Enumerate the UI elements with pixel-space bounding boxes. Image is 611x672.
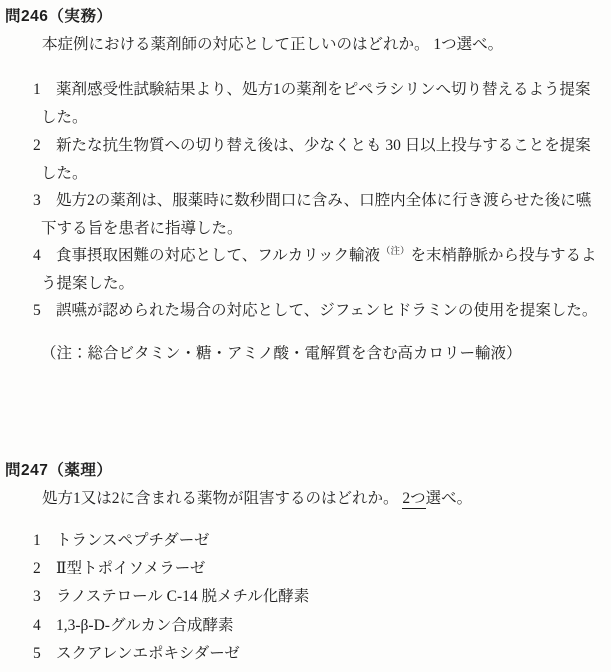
q246-choice-4-continuation: う提案した。 <box>41 274 611 294</box>
choice-number: 5 <box>33 301 41 321</box>
choice-text: ラノステロール C-14 脱メチル化酵素 <box>56 587 309 607</box>
choice-text: 食事摂取困難の対応として、フルカリック輸液（注）を末梢静脈から投与するよ <box>56 246 596 268</box>
q246-choice-3-continuation: 下する旨を患者に指導した。 <box>41 219 611 239</box>
q246-choice-3: 3 処方2の薬剤は、服薬時に数秒間口に含み、口腔内全体に行き渡らせた後に嚥 <box>0 191 611 211</box>
choice-number: 1 <box>33 80 41 100</box>
q246-stem: 本症例における薬剤師の対応として正しいのはどれか。 1つ選べ。 <box>42 35 611 55</box>
choice-text: 新たな抗生物質への切り替え後は、少なくとも 30 日以上投与することを提案 <box>56 136 591 156</box>
q247-stem: 処方1又は2に含まれる薬物が阻害するのはどれか。 2つ選べ。 <box>42 489 611 509</box>
stem-text-pre: 処方1又は2に含まれる薬物が阻害するのはどれか。 <box>42 490 402 507</box>
choice-number: 3 <box>33 191 41 211</box>
choice-text: トランスペプチダーゼ <box>56 531 209 551</box>
choice-text: 1,3-β-D-グルカン合成酵素 <box>56 616 233 636</box>
note-reference-superscript: （注） <box>380 247 411 257</box>
q247-choice-4: 4 1,3-β-D-グルカン合成酵素 <box>0 616 611 636</box>
q246-choice-5: 5 誤嚥が認められた場合の対応として、ジフェンヒドラミンの使用を提案した。 <box>0 301 611 321</box>
stem-underlined-count: 2つ <box>402 490 425 509</box>
q246-heading: 問246（実務） <box>5 7 611 27</box>
q247-choice-5: 5 スクアレンエポキシダーゼ <box>0 644 611 664</box>
choice-number: 2 <box>33 136 41 156</box>
choice-number: 2 <box>33 559 41 579</box>
choice-text-post: を末梢静脈から投与するよ <box>410 247 596 264</box>
q246-choice-2: 2 新たな抗生物質への切り替え後は、少なくとも 30 日以上投与することを提案 <box>0 136 611 156</box>
choice-text: 処方2の薬剤は、服薬時に数秒間口に含み、口腔内全体に行き渡らせた後に嚥 <box>56 191 591 211</box>
choice-text-pre: 食事摂取困難の対応として、フルカリック輸液 <box>56 247 380 264</box>
choice-number: 5 <box>33 644 41 664</box>
q247-choice-3: 3 ラノステロール C-14 脱メチル化酵素 <box>0 587 611 607</box>
stem-text-post: 選べ。 <box>426 490 473 507</box>
q246-choice-1-continuation: した。 <box>41 108 611 128</box>
choice-text: Ⅱ型トポイソメラーゼ <box>56 559 205 579</box>
q246-choice-1: 1 薬剤感受性試験結果より、処方1の薬剤をピペラシリンへ切り替えるよう提案 <box>0 80 611 100</box>
q247-choice-1: 1 トランスペプチダーゼ <box>0 531 611 551</box>
q246-choice-2-continuation: した。 <box>41 164 611 184</box>
choice-number: 3 <box>33 587 41 607</box>
choice-number: 1 <box>33 531 41 551</box>
q247-choice-2: 2 Ⅱ型トポイソメラーゼ <box>0 559 611 579</box>
q246-choice-4: 4 食事摂取困難の対応として、フルカリック輸液（注）を末梢静脈から投与するよ <box>0 246 611 266</box>
choice-text: 薬剤感受性試験結果より、処方1の薬剤をピペラシリンへ切り替えるよう提案 <box>56 80 590 100</box>
q247-heading: 問247（薬理） <box>5 461 611 481</box>
q246-footnote: （注：総合ビタミン・糖・アミノ酸・電解質を含む高カロリー輸液） <box>41 344 611 364</box>
choice-number: 4 <box>33 246 41 266</box>
exam-page: 問246（実務） 本症例における薬剤師の対応として正しいのはどれか。 1つ選べ。… <box>0 0 611 672</box>
choice-number: 4 <box>33 616 41 636</box>
choice-text: 誤嚥が認められた場合の対応として、ジフェンヒドラミンの使用を提案した。 <box>56 301 597 321</box>
choice-text: スクアレンエポキシダーゼ <box>56 644 240 664</box>
